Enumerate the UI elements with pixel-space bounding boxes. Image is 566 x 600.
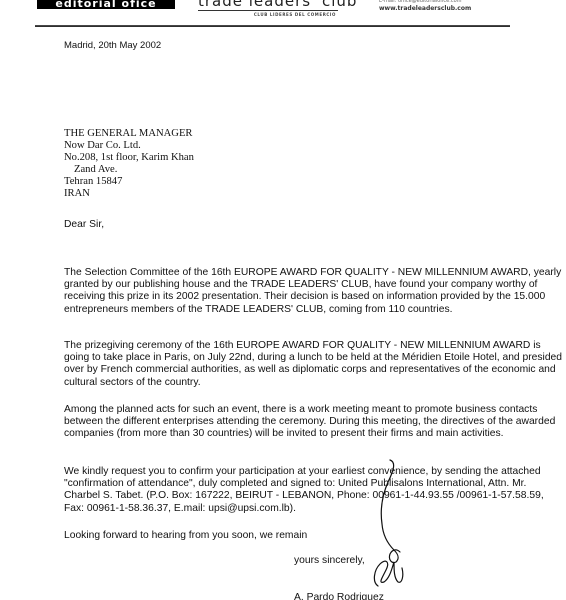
closing-line: Looking forward to hearing from you soon… (64, 530, 564, 542)
salutation: Dear Sir, (64, 219, 564, 231)
recipient-address: THE GENERAL MANAGER Now Dar Co. Ltd. No.… (64, 128, 194, 200)
club-logo-name: trade leaders' club (198, 0, 338, 9)
paragraph-selection: The Selection Committee of the 16th EURO… (64, 267, 564, 316)
club-logo: trade leaders' club CLUB LIDERES DEL COM… (198, 0, 338, 20)
paragraph-ceremony: The prizegiving ceremony of the 16th EUR… (64, 340, 564, 389)
header-divider (35, 25, 510, 27)
recipient-line: THE GENERAL MANAGER (64, 128, 194, 140)
signer-name: A. Pardo Rodriguez (294, 592, 384, 600)
letter-date: Madrid, 20th May 2002 (64, 40, 564, 52)
contact-info: E-mail: office@editorialofice.com www.tr… (379, 0, 471, 13)
recipient-line: Now Dar Co. Ltd. (64, 140, 194, 152)
paragraph-request: We kindly request you to confirm your pa… (64, 466, 564, 515)
signature-icon (360, 458, 420, 588)
recipient-line: IRAN (64, 188, 194, 200)
recipient-line: No.208, 1st floor, Karim Khan (64, 152, 194, 164)
letterhead: editorial ofice trade leaders' club CLUB… (0, 0, 566, 30)
club-logo-rule (198, 10, 338, 11)
recipient-line: Tehran 15847 (64, 176, 194, 188)
club-tagline: CLUB LIDERES DEL COMERCIO (198, 12, 336, 17)
sign-off: yours sincerely, (294, 555, 365, 566)
recipient-line: Zand Ave. (64, 164, 194, 176)
contact-website: www.tradeleadersclub.com (379, 5, 471, 13)
paragraph-meeting: Among the planned acts for such an event… (64, 404, 564, 441)
publisher-logo: editorial ofice (37, 0, 175, 9)
